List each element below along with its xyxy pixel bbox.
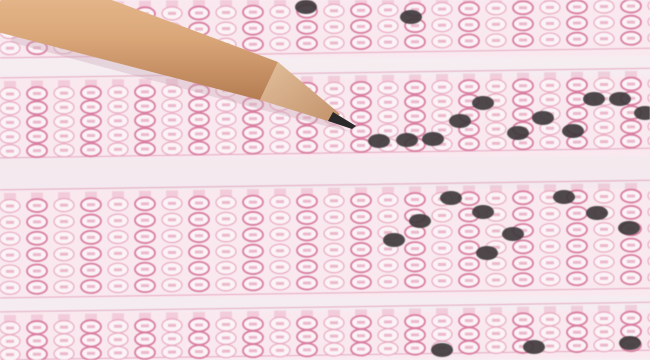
answer-sheet-photo — [0, 0, 650, 360]
pencil — [0, 0, 650, 360]
